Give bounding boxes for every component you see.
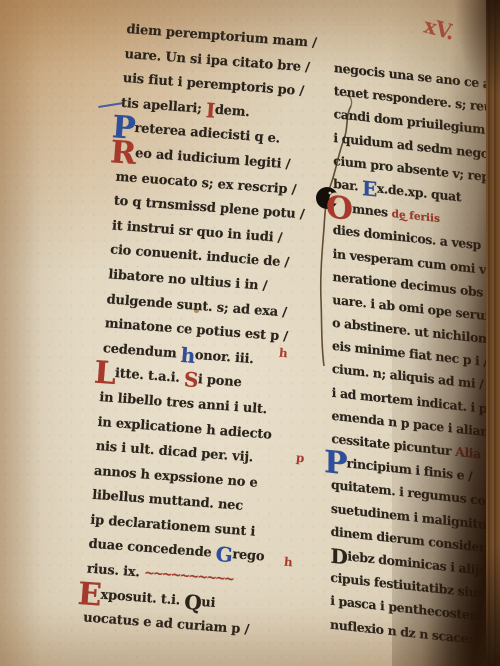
marginal-mark: ~ xyxy=(397,213,410,227)
marginal-mark: h xyxy=(283,556,293,569)
book-page-edges xyxy=(486,0,500,666)
marginal-mark: h xyxy=(278,347,288,360)
marginal-mark: p xyxy=(295,452,305,465)
manuscript-photo: diem peremptorium mam /uare. Un si ipa c… xyxy=(0,0,500,666)
marginalia-layer: hph~ xyxy=(0,0,500,666)
